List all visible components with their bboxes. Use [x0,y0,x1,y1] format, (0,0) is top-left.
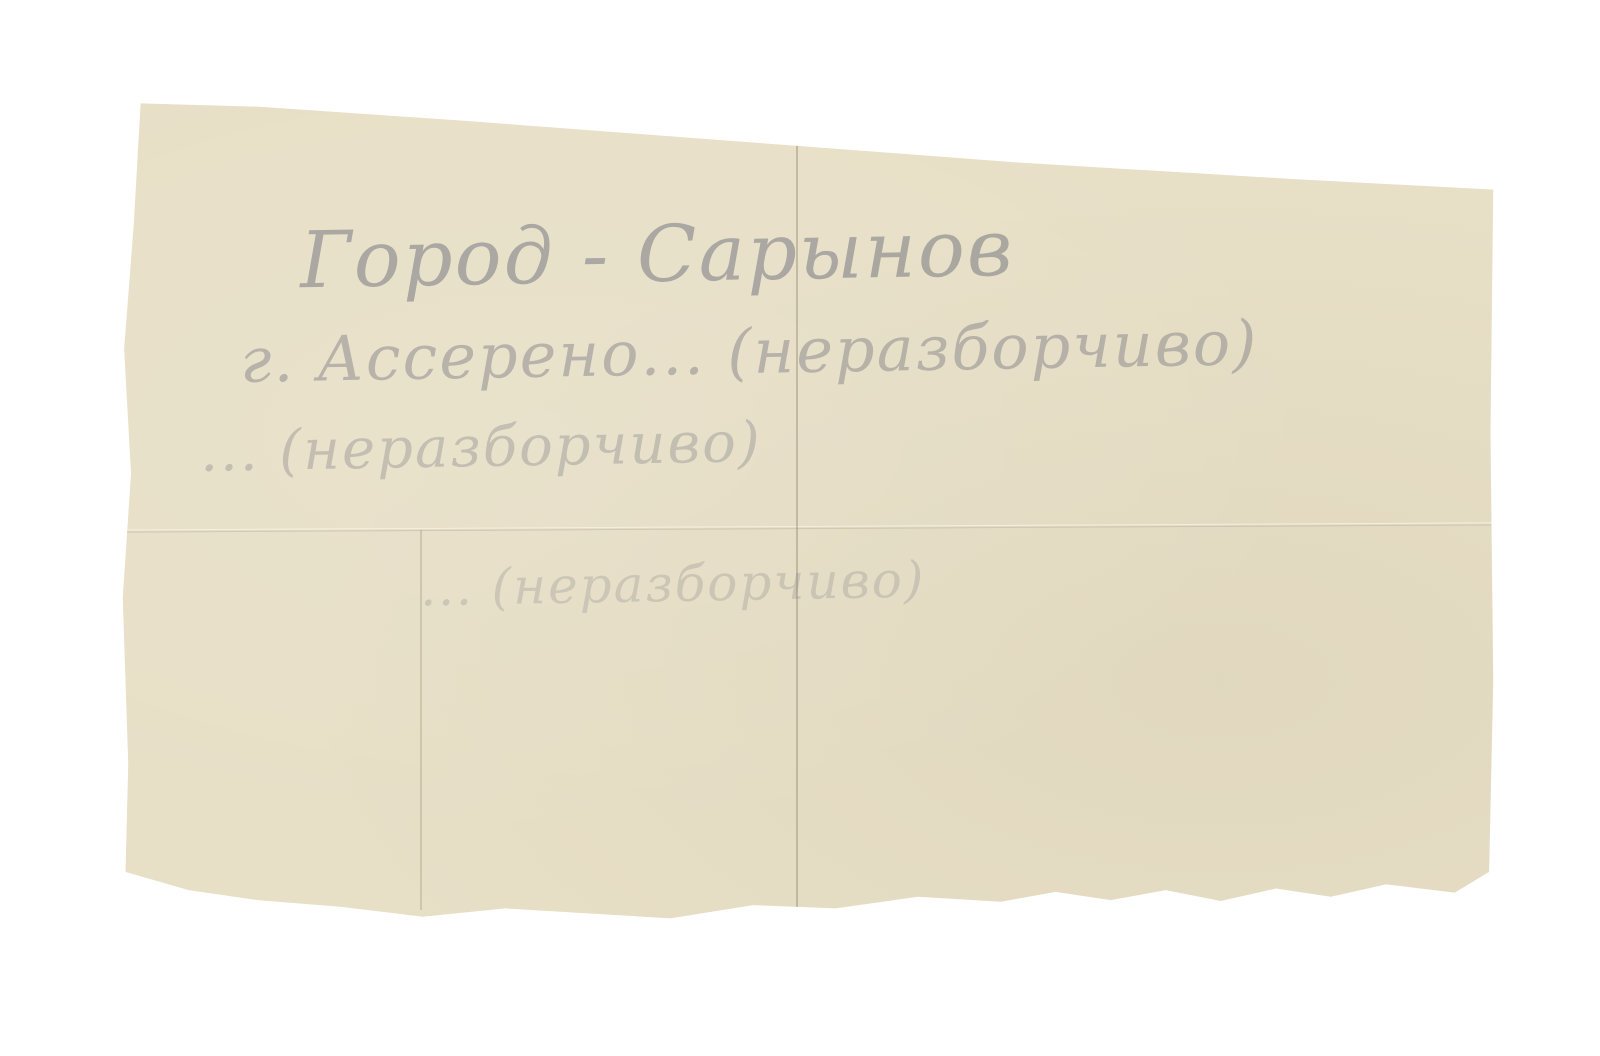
handwriting-area: Город - Сарынов г. Ассерено... (неразбор… [120,100,1496,930]
paper-fragment: Город - Сарынов г. Ассерено... (неразбор… [120,100,1496,930]
handwritten-line-3: ... (неразборчиво) [199,410,762,485]
handwritten-line-1: Город - Сарынов [299,204,1015,306]
handwritten-line-2: г. Ассерено... (неразборчиво) [239,306,1258,397]
handwritten-line-4: ... (неразборчиво) [420,551,926,618]
